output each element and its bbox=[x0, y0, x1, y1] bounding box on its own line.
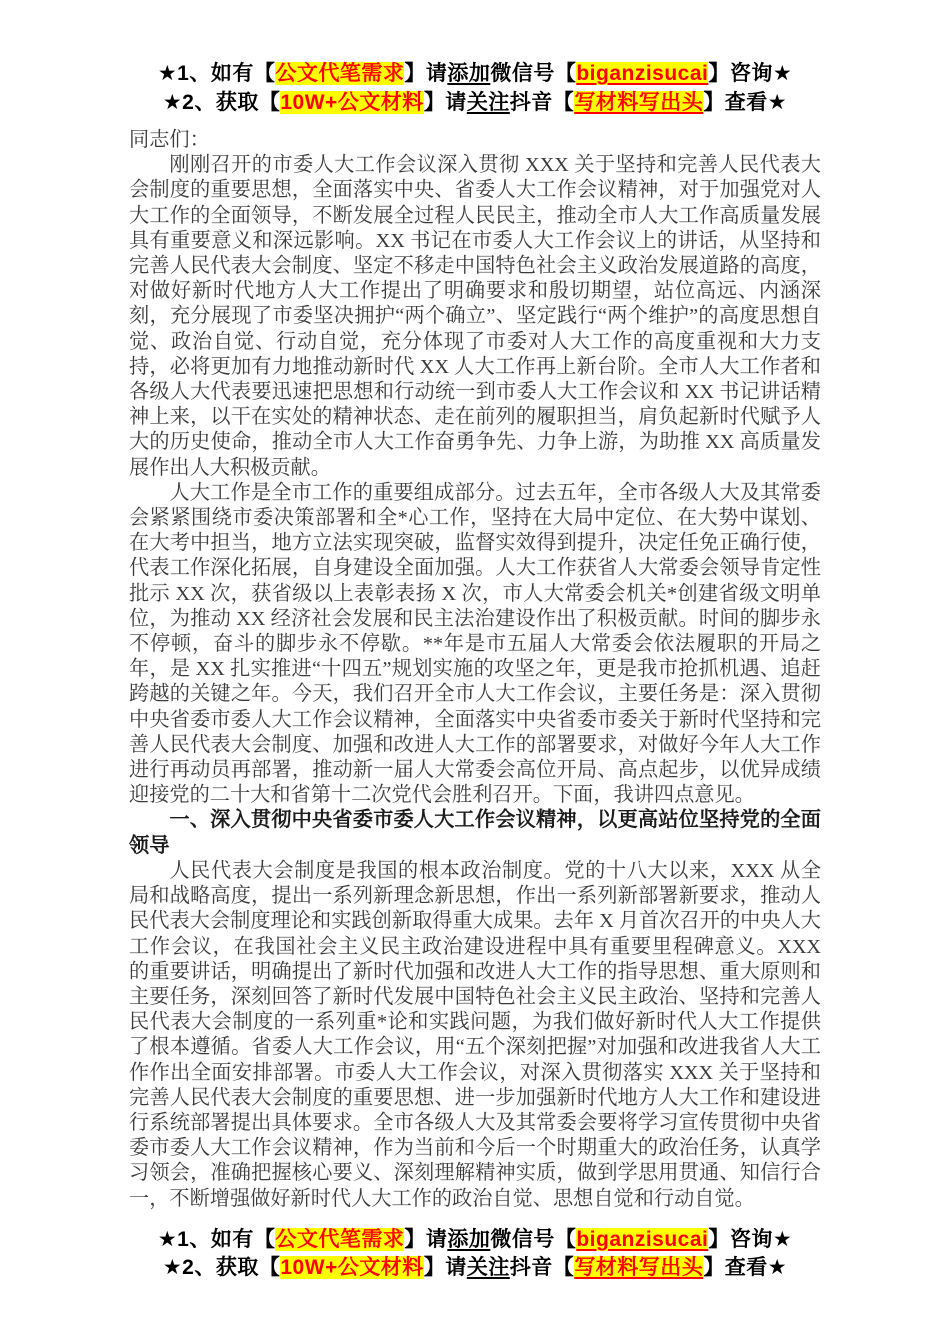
promo-text: 】查看★ bbox=[703, 1256, 787, 1279]
promo-action-follow: 关注 bbox=[467, 91, 510, 114]
promo-line-2: ★2、获取【10W+公文材料】请关注抖音【写材料写出头】查看★ bbox=[0, 1254, 950, 1283]
promo-text: 】咨询★ bbox=[708, 62, 792, 85]
promo-text: 抖音【 bbox=[510, 91, 575, 114]
promo-highlight-service: 公文代笔需求 bbox=[275, 62, 404, 85]
promo-action-add: 添加 bbox=[447, 62, 490, 85]
promo-text: 微信号【 bbox=[490, 1228, 576, 1251]
promo-highlight-materials: 10W+公文材料 bbox=[280, 1256, 423, 1279]
promo-text: ★1、如有【 bbox=[158, 62, 276, 85]
promo-highlight-materials: 10W+公文材料 bbox=[280, 91, 423, 114]
promo-banner-top: ★1、如有【公文代笔需求】请添加微信号【biganzisucai】咨询★ ★2、… bbox=[0, 0, 950, 117]
promo-text: ★1、如有【 bbox=[158, 1228, 276, 1251]
promo-text: 】咨询★ bbox=[708, 1228, 792, 1251]
document-content: 同志们： 刚刚召开的市委人大工作会议深入贯彻 XXX 关于坚持和完善人民代表大会… bbox=[129, 128, 821, 1212]
promo-text: 抖音【 bbox=[510, 1256, 575, 1279]
paragraph-section-1: 人民代表大会制度是我国的根本政治制度。党的十八大以来，XXX 从全局和战略高度，… bbox=[129, 859, 821, 1212]
promo-text: 】请 bbox=[404, 62, 447, 85]
promo-action-add: 添加 bbox=[447, 1228, 490, 1251]
promo-douyin-name: 写材料写出头 bbox=[574, 91, 703, 114]
promo-text: ★2、获取【 bbox=[163, 91, 281, 114]
promo-text: 】请 bbox=[424, 91, 467, 114]
promo-line-1: ★1、如有【公文代笔需求】请添加微信号【biganzisucai】咨询★ bbox=[0, 1226, 950, 1255]
promo-douyin-name: 写材料写出头 bbox=[574, 1256, 703, 1279]
section-heading-1: 一、深入贯彻中央省委市委人大工作会议精神，以更高站位坚持党的全面领导 bbox=[129, 808, 821, 858]
promo-line-1: ★1、如有【公文代笔需求】请添加微信号【biganzisucai】咨询★ bbox=[0, 60, 950, 89]
promo-line-2: ★2、获取【10W+公文材料】请关注抖音【写材料写出头】查看★ bbox=[0, 89, 950, 118]
document-page: ★1、如有【公文代笔需求】请添加微信号【biganzisucai】咨询★ ★2、… bbox=[0, 0, 950, 1344]
promo-text: 】请 bbox=[424, 1256, 467, 1279]
promo-banner-bottom: ★1、如有【公文代笔需求】请添加微信号【biganzisucai】咨询★ ★2、… bbox=[0, 1226, 950, 1283]
promo-text: 】查看★ bbox=[703, 91, 787, 114]
promo-text: ★2、获取【 bbox=[163, 1256, 281, 1279]
promo-highlight-service: 公文代笔需求 bbox=[275, 1228, 404, 1251]
promo-wechat-id: biganzisucai bbox=[576, 62, 708, 85]
promo-text: 微信号【 bbox=[490, 62, 576, 85]
promo-action-follow: 关注 bbox=[467, 1256, 510, 1279]
promo-text: 】请 bbox=[404, 1228, 447, 1251]
paragraph-intro: 刚刚召开的市委人大工作会议深入贯彻 XXX 关于坚持和完善人民代表大会制度的重要… bbox=[129, 153, 821, 481]
salutation: 同志们： bbox=[129, 128, 821, 153]
paragraph-review: 人大工作是全市工作的重要组成部分。过去五年，全市各级人大及其常委会紧紧围绕市委决… bbox=[129, 481, 821, 809]
promo-wechat-id: biganzisucai bbox=[576, 1228, 708, 1251]
